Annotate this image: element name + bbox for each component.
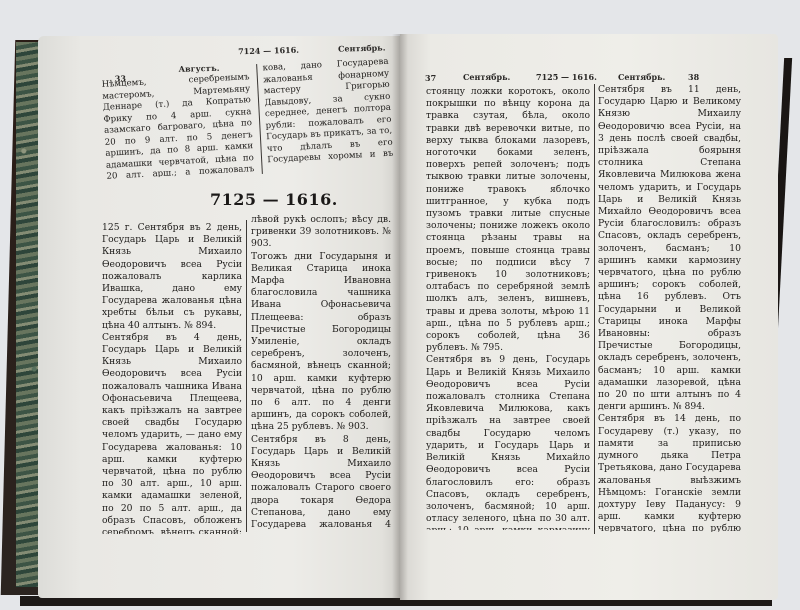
running-head-year: 7124 — 1616. xyxy=(238,45,299,57)
column-divider xyxy=(594,84,595,534)
book-gutter xyxy=(392,34,408,600)
page-number: 37 xyxy=(425,73,436,83)
right-column-2: Сентября въ 11 день, Государю Царю и Вел… xyxy=(598,84,741,532)
running-head-month: Сентябрь. xyxy=(338,42,386,53)
year-heading: 7125 — 1616. xyxy=(210,190,338,209)
right-column-1: стоянцу ложки коротокъ, около покрышки п… xyxy=(426,86,590,530)
left-top-column-1: Нѣмцемъ, серебренымъ мастеромъ, Мартемья… xyxy=(101,72,254,180)
running-head-month: Сентябрь. xyxy=(618,72,665,82)
running-head-month: Августъ. xyxy=(178,63,219,74)
running-head-year: 7125 — 1616. xyxy=(536,72,597,82)
column-divider xyxy=(246,220,247,532)
page-number: 38 xyxy=(688,72,699,82)
left-top-column-2: кова, дано Государева жалованья фонарном… xyxy=(262,57,393,167)
left-column-2: лѣвой рукѣ ослопъ; вѣсу дв. гривенки 39 … xyxy=(251,214,391,530)
left-column-1: 125 г. Сентября въ 2 день, Государь Царь… xyxy=(102,222,242,534)
running-head-month: Сентябрь. xyxy=(463,72,510,82)
